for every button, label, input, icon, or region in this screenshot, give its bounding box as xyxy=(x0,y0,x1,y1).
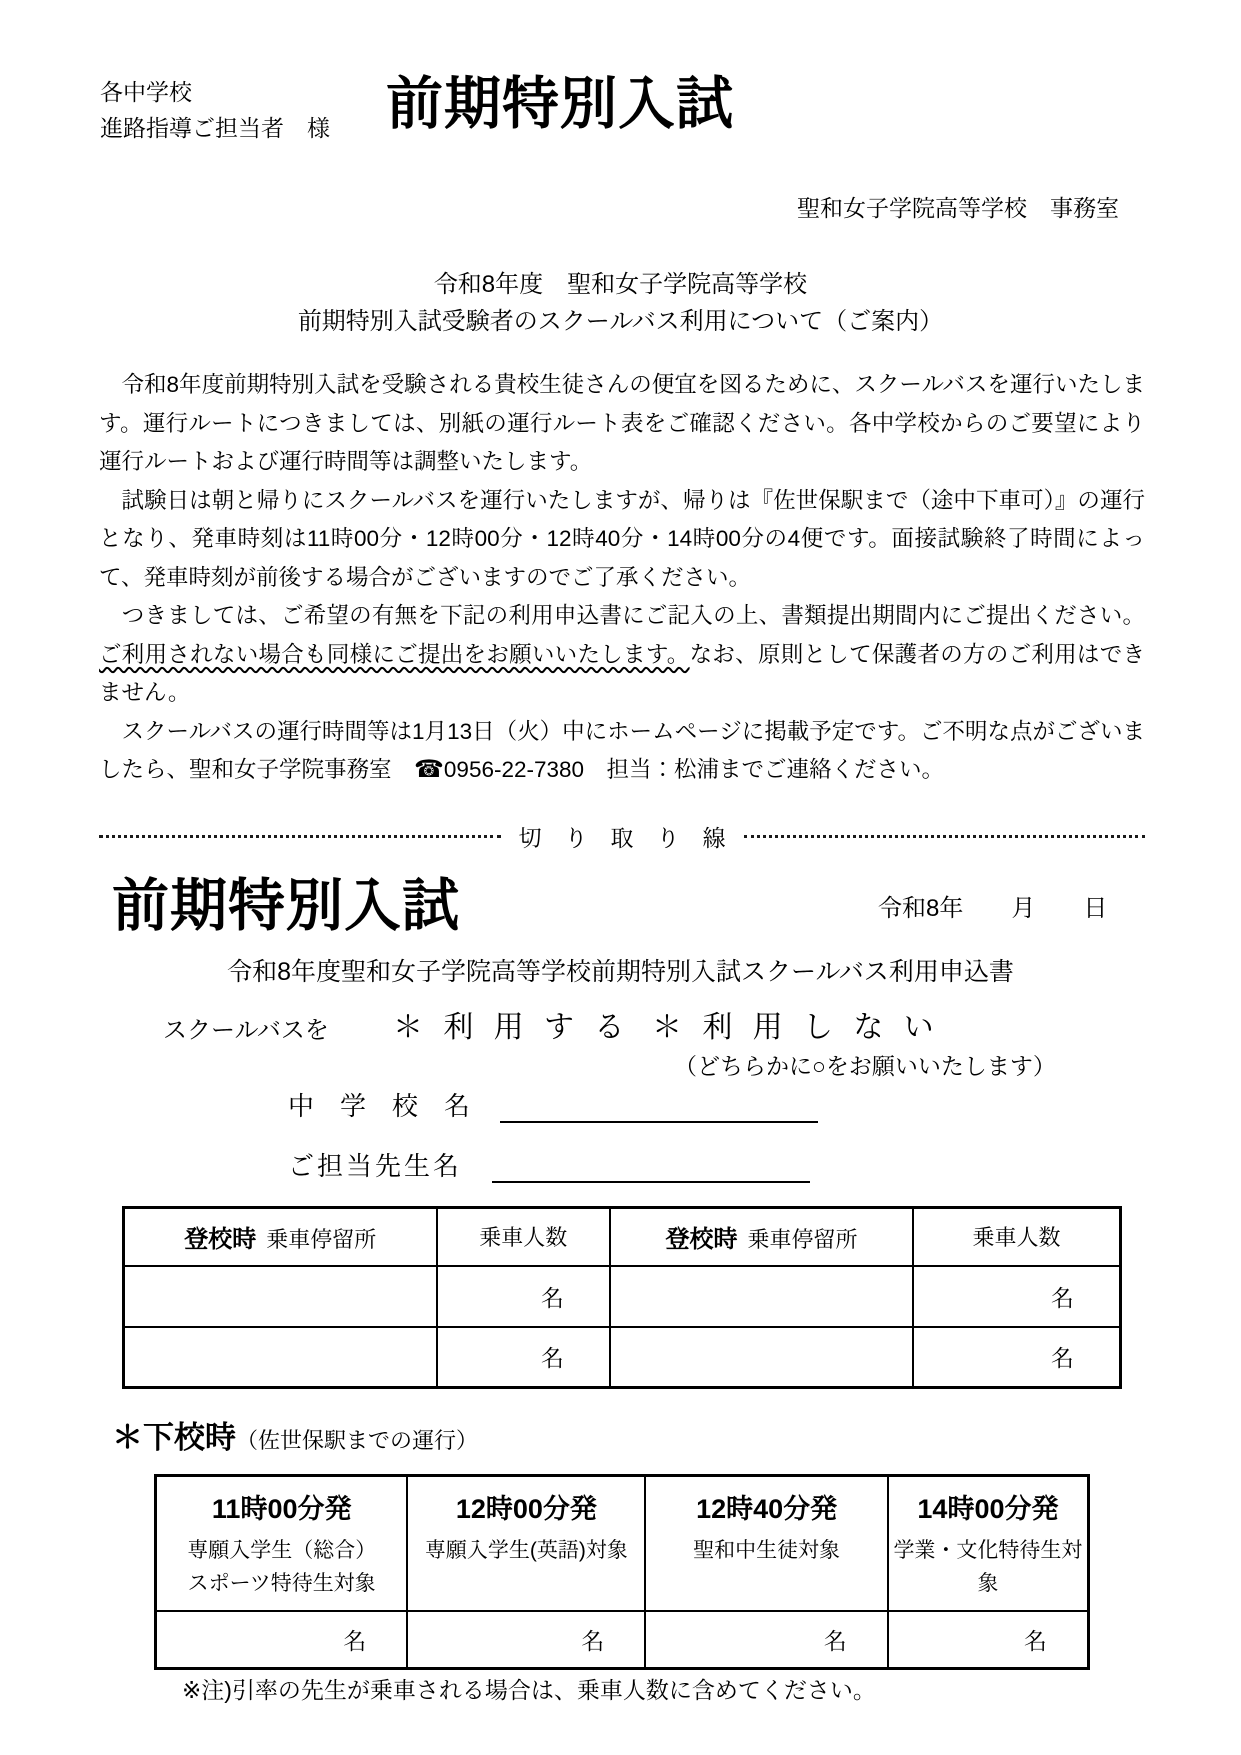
option-not-use-bus: ＊ 利 用 し な い xyxy=(652,1002,940,1046)
form-title: 令和8年度聖和女子学院高等学校前期特別入試スクールバス利用申込書 xyxy=(0,952,1241,988)
phone-icon: ☎ xyxy=(414,756,444,783)
departure-time: 11時00分発 xyxy=(161,1487,402,1526)
stop-blank-cell xyxy=(124,1266,437,1327)
phone-number: 0956-22-7380 xyxy=(444,757,584,782)
departure-col-1200: 12時00分発 専願入学生(英語)対象 xyxy=(407,1476,645,1612)
boarding-header-count-1: 乗車人数 xyxy=(437,1208,610,1266)
boarding-header-stop-2-label: 乗車停留所 xyxy=(748,1227,858,1252)
exam-type-stamp-top: 前期特別入試 xyxy=(386,58,734,140)
count-cell: 名 xyxy=(156,1611,408,1668)
teacher-name-blank xyxy=(492,1153,810,1183)
dismissal-note: （佐世保駅までの運行） xyxy=(236,1428,478,1453)
teacher-name-field: ご担当先生名 xyxy=(288,1146,810,1183)
count-unit: 名 xyxy=(581,1628,604,1654)
departure-time: 12時40分発 xyxy=(650,1487,883,1526)
count-cell: 名 xyxy=(645,1611,888,1668)
stop-blank-cell xyxy=(610,1266,913,1327)
sender-office: 聖和女子学院高等学校 事務室 xyxy=(797,190,1119,223)
escort-note: ※注)引率の先生が乗車される場合は、乗車人数に含めてください。 xyxy=(182,1672,876,1705)
boarding-entry-row-2: 名 名 xyxy=(124,1327,1121,1388)
addressee-school: 各中学校 xyxy=(100,74,330,110)
departure-target: 学業・文化特待生対象 xyxy=(893,1534,1083,1600)
paragraph-bus-operation: 令和8年度前期特別入試を受験される貴校生徒さんの便宜を図るために、スクールバスを… xyxy=(99,366,1145,482)
stop-blank-cell xyxy=(124,1327,437,1388)
addressee-person: 進路指導ご担当者 様 xyxy=(100,110,330,146)
cut-line: 切 り 取 り 線 xyxy=(99,820,1145,852)
departure-time: 14時00分発 xyxy=(893,1487,1083,1526)
school-bus-label: スクールバスを xyxy=(163,1010,329,1045)
count-unit: 名 xyxy=(343,1628,366,1654)
count-cell: 名 xyxy=(437,1327,610,1388)
paragraph-return-times: 試験日は朝と帰りにスクールバスを運行いたしますが、帰りは『佐世保駅まで（途中下車… xyxy=(99,482,1145,598)
count-cell: 名 xyxy=(407,1611,645,1668)
application-underlined-note: ご利用されない場合も同様にご提出をお願いいたします。 xyxy=(99,642,690,667)
departure-table: 11時00分発 専願入学生（総合） スポーツ特待生対象 12時00分発 専願入学… xyxy=(154,1474,1090,1670)
application-text: つきましては、ご希望の有無を下記の利用申込書にご記入の上、書類提出期間内にご提出… xyxy=(99,603,1145,628)
document-page: 各中学校 進路指導ご担当者 様 前期特別入試 聖和女子学院高等学校 事務室 令和… xyxy=(0,0,1241,1755)
count-cell: 名 xyxy=(913,1327,1120,1388)
boarding-header-count-2: 乗車人数 xyxy=(913,1208,1120,1266)
departure-target: 専願入学生(英語)対象 xyxy=(412,1534,640,1567)
departure-target: 専願入学生（総合） xyxy=(161,1534,402,1567)
cut-line-dots-left xyxy=(99,835,501,838)
boarding-table: 登校時乗車停留所 乗車人数 登校時乗車停留所 乗車人数 名 名 名 名 xyxy=(122,1206,1122,1389)
departure-count-row: 名 名 名 名 xyxy=(156,1611,1089,1668)
departure-col-1400: 14時00分発 学業・文化特待生対象 xyxy=(888,1476,1089,1612)
boarding-header-stop-1: 登校時乗車停留所 xyxy=(124,1208,437,1266)
count-unit: 名 xyxy=(1024,1628,1047,1654)
addressee-block: 各中学校 進路指導ご担当者 様 xyxy=(100,74,330,146)
count-cell: 名 xyxy=(913,1266,1120,1327)
departure-header-row: 11時00分発 専願入学生（総合） スポーツ特待生対象 12時00分発 専願入学… xyxy=(156,1476,1089,1612)
teacher-name-label: ご担当先生名 xyxy=(288,1146,462,1183)
option-use-bus: ＊ 利 用 す る xyxy=(393,1002,630,1046)
school-name-label: 中 学 校 名 xyxy=(288,1086,470,1123)
departure-col-1240: 12時40分発 聖和中生徒対象 xyxy=(645,1476,888,1612)
paragraph-contact: スクールバスの運行時間等は1月13日（火）中にホームページに掲載予定です。ご不明… xyxy=(99,713,1145,790)
boarding-header-stop-2: 登校時乗車停留所 xyxy=(610,1208,913,1266)
departure-time: 12時00分発 xyxy=(412,1487,640,1526)
boarding-header-stop-1-label: 乗車停留所 xyxy=(266,1227,376,1252)
contact-text-after: 担当：松浦までご連絡ください。 xyxy=(584,757,944,782)
school-name-blank xyxy=(500,1093,818,1123)
cut-line-dots-right xyxy=(744,835,1146,838)
form-date-line: 令和8年 月 日 xyxy=(878,888,1107,923)
notice-title-line2: 前期特別入試受験者のスクールバス利用について（ご案内） xyxy=(0,303,1241,340)
boarding-entry-row-1: 名 名 xyxy=(124,1266,1121,1327)
boarding-header-row: 登校時乗車停留所 乗車人数 登校時乗車停留所 乗車人数 xyxy=(124,1208,1121,1266)
count-unit: 名 xyxy=(824,1628,847,1654)
boarding-header-stop-1-bold: 登校時 xyxy=(184,1226,256,1253)
notice-title: 令和8年度 聖和女子学院高等学校 前期特別入試受験者のスクールバス利用について（… xyxy=(0,266,1241,340)
paragraph-application: つきましては、ご希望の有無を下記の利用申込書にご記入の上、書類提出期間内にご提出… xyxy=(99,597,1145,713)
count-cell: 名 xyxy=(437,1266,610,1327)
notice-body: 令和8年度前期特別入試を受験される貴校生徒さんの便宜を図るために、スクールバスを… xyxy=(99,366,1145,790)
circle-instruction: （どちらかに○をお願いいたします） xyxy=(674,1048,1056,1081)
cut-line-label: 切 り 取 り 線 xyxy=(519,820,726,853)
boarding-header-stop-2-bold: 登校時 xyxy=(666,1226,738,1253)
dismissal-section-label: ＊下校時（佐世保駅までの運行） xyxy=(112,1412,478,1457)
count-unit: 名 xyxy=(1051,1285,1074,1311)
count-unit: 名 xyxy=(541,1285,564,1311)
notice-title-line1: 令和8年度 聖和女子学院高等学校 xyxy=(0,266,1241,303)
departure-col-1100: 11時00分発 専願入学生（総合） スポーツ特待生対象 xyxy=(156,1476,408,1612)
dismissal-label: ＊下校時 xyxy=(112,1420,236,1455)
exam-type-stamp-form: 前期特別入試 xyxy=(112,860,460,942)
count-unit: 名 xyxy=(541,1345,564,1371)
departure-target: 聖和中生徒対象 xyxy=(650,1534,883,1567)
count-unit: 名 xyxy=(1051,1345,1074,1371)
count-cell: 名 xyxy=(888,1611,1089,1668)
stop-blank-cell xyxy=(610,1327,913,1388)
departure-target: スポーツ特待生対象 xyxy=(161,1567,402,1600)
school-name-field: 中 学 校 名 xyxy=(288,1086,818,1123)
